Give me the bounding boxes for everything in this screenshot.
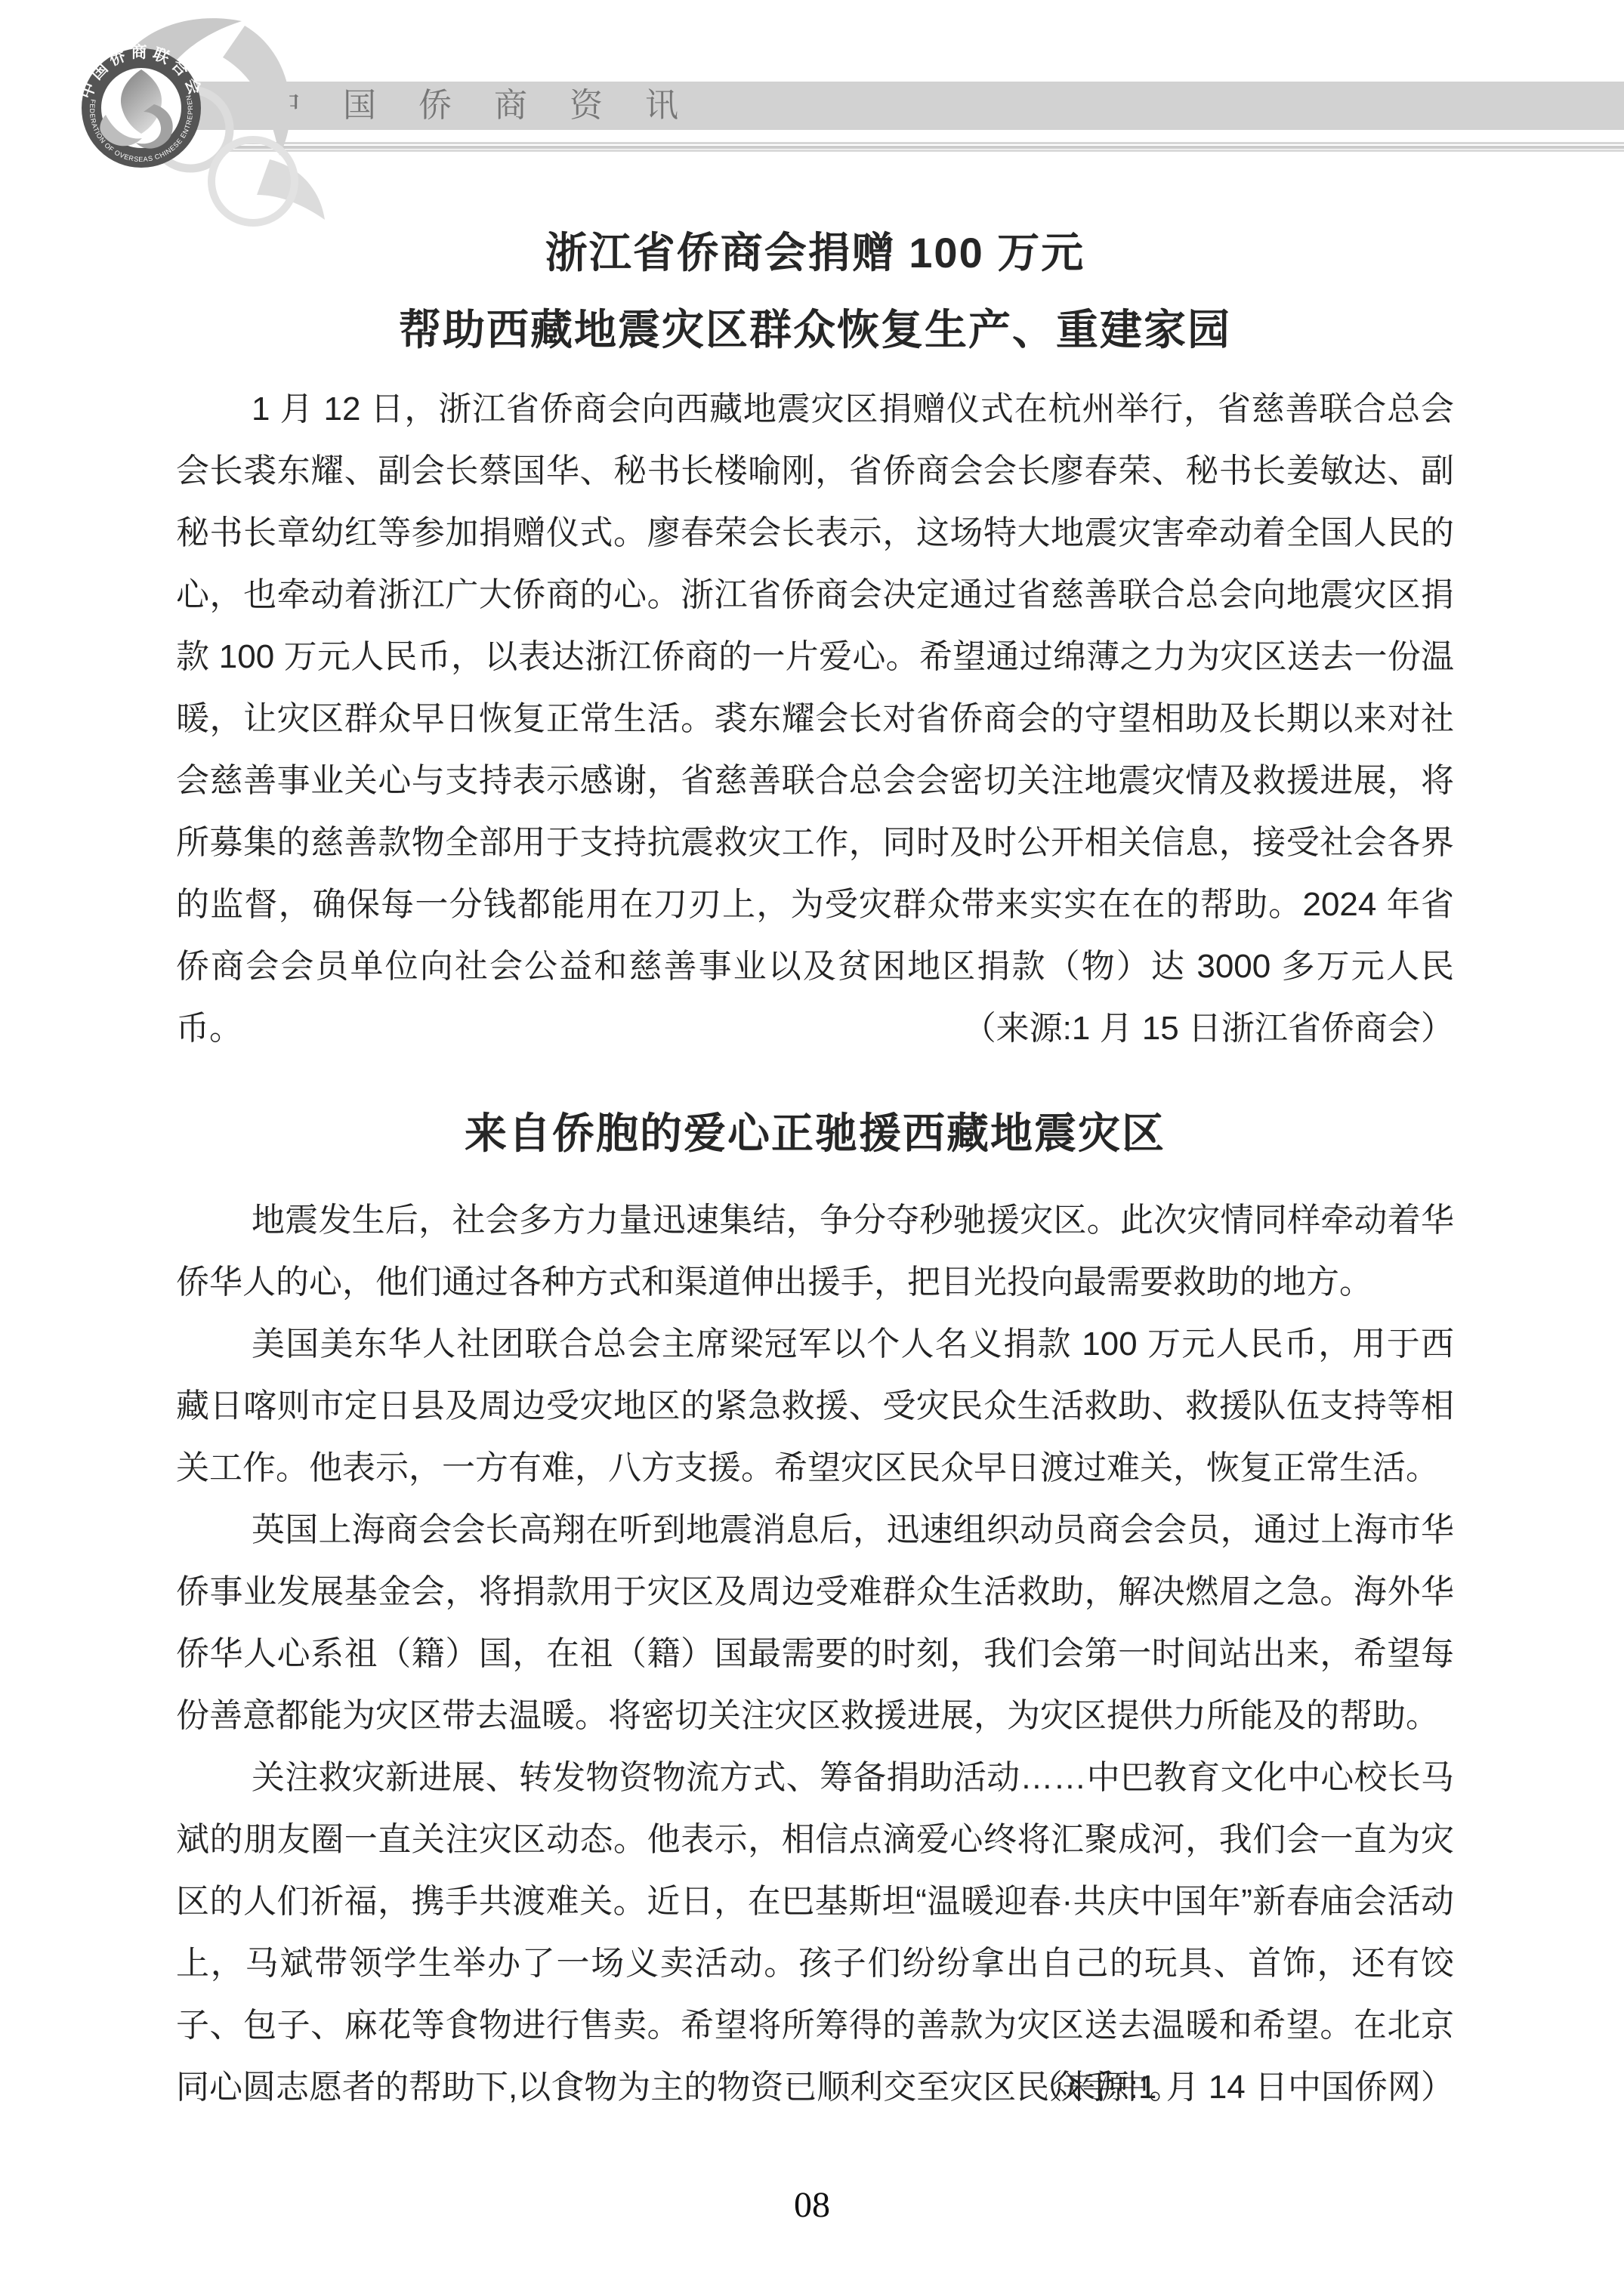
paragraph-text: 1 月 12 日，浙江省侨商会向西藏地震灾区捐赠仪式在杭州举行，省慈善联合总会会…	[176, 390, 1454, 1047]
article-2-paragraph-3: 英国上海商会会长高翔在听到地震消息后，迅速组织动员商会会员，通过上海市华侨事业发…	[176, 1499, 1454, 1747]
organization-logo-icon: 中国侨商联合会 CHINA FEDERATION OF OVERSEAS CHI…	[39, 5, 341, 231]
article-1-body: 1 月 12 日，浙江省侨商会向西藏地震灾区捐赠仪式在杭州举行，省慈善联合总会会…	[176, 378, 1454, 1060]
article-2-source: （来源:1 月 14 日中国侨网）	[1030, 2057, 1454, 2119]
article-2-paragraph-1: 地震发生后，社会多方力量迅速集结，争分夺秒驰援灾区。此次灾情同样牵动着华侨华人的…	[176, 1190, 1454, 1313]
article-2-paragraph-2: 美国美东华人社团联合总会主席梁冠军以个人名义捐款 100 万元人民币，用于西藏日…	[176, 1313, 1454, 1499]
article-1-paragraph: 1 月 12 日，浙江省侨商会向西藏地震灾区捐赠仪式在杭州举行，省慈善联合总会会…	[176, 378, 1454, 1060]
article-1-source: （来源:1 月 15 日浙江省侨商会）	[963, 998, 1454, 1060]
paragraph-text: 关注救灾新进展、转发物资物流方式、筹备捐助活动……中巴教育文化中心校长马斌的朋友…	[176, 1759, 1454, 2106]
article-2-paragraph-4: 关注救灾新进展、转发物资物流方式、筹备捐助活动……中巴教育文化中心校长马斌的朋友…	[176, 1747, 1454, 2119]
masthead-rule	[228, 142, 1624, 152]
page: 中国侨商资讯	[0, 0, 1624, 2293]
article-2-body: 地震发生后，社会多方力量迅速集结，争分夺秒驰援灾区。此次灾情同样牵动着华侨华人的…	[176, 1190, 1454, 2119]
article-1-title-line-2: 帮助西藏地震灾区群众恢复生产、重建家园	[176, 306, 1454, 354]
article-1-title-line-1: 浙江省侨商会捐赠 100 万元	[176, 229, 1454, 277]
masthead-banner: 中国侨商资讯	[195, 82, 1624, 130]
page-number: 08	[0, 2184, 1624, 2226]
content: 浙江省侨商会捐赠 100 万元 帮助西藏地震灾区群众恢复生产、重建家园 1 月 …	[176, 229, 1454, 2119]
article-1: 浙江省侨商会捐赠 100 万元 帮助西藏地震灾区群众恢复生产、重建家园 1 月 …	[176, 229, 1454, 1060]
article-2: 来自侨胞的爱心正驰援西藏地震灾区 地震发生后，社会多方力量迅速集结，争分夺秒驰援…	[176, 1109, 1454, 2119]
article-2-title: 来自侨胞的爱心正驰援西藏地震灾区	[176, 1109, 1454, 1158]
